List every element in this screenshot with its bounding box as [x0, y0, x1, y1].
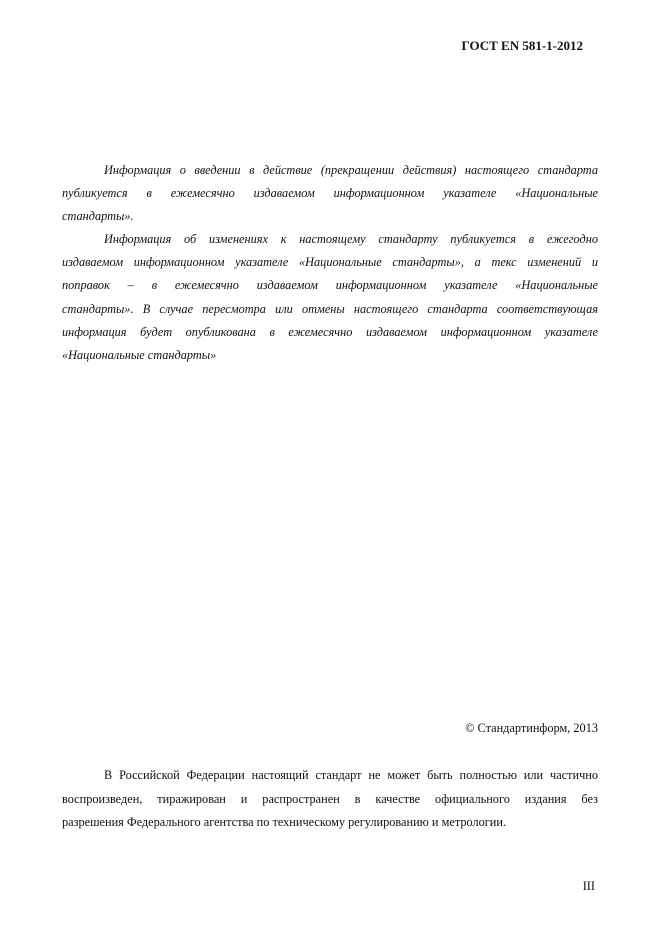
info-line: «Национальные стандарты» — [62, 347, 598, 363]
info-line: поправок – в ежемесячно издаваемом инфор… — [62, 277, 598, 293]
info-line: публикуется в ежемесячно издаваемом инфо… — [62, 185, 598, 201]
info-line: издаваемом информационном указателе «Нац… — [62, 254, 598, 270]
info-line: стандарты». В случае пересмотра или отме… — [62, 301, 598, 317]
info-line: информация будет опубликована в ежемесяч… — [62, 324, 598, 340]
copyright-notice: © Стандартинформ, 2013 — [465, 721, 598, 736]
info-line: Информация об изменениях к настоящему ст… — [104, 231, 598, 247]
document-id-header: ГОСТ EN 581-1-2012 — [462, 38, 584, 54]
document-page: ГОСТ EN 581-1-2012 Информация о введении… — [0, 0, 661, 935]
legal-line: В Российской Федерации настоящий стандар… — [104, 767, 598, 783]
legal-line: воспроизведен, тиражирован и распростран… — [62, 791, 598, 807]
page-number: III — [583, 879, 595, 894]
info-line: стандарты». — [62, 208, 598, 224]
info-line: Информация о введении в действие (прекра… — [104, 162, 598, 178]
legal-line: разрешения Федерального агентства по тех… — [62, 814, 598, 830]
